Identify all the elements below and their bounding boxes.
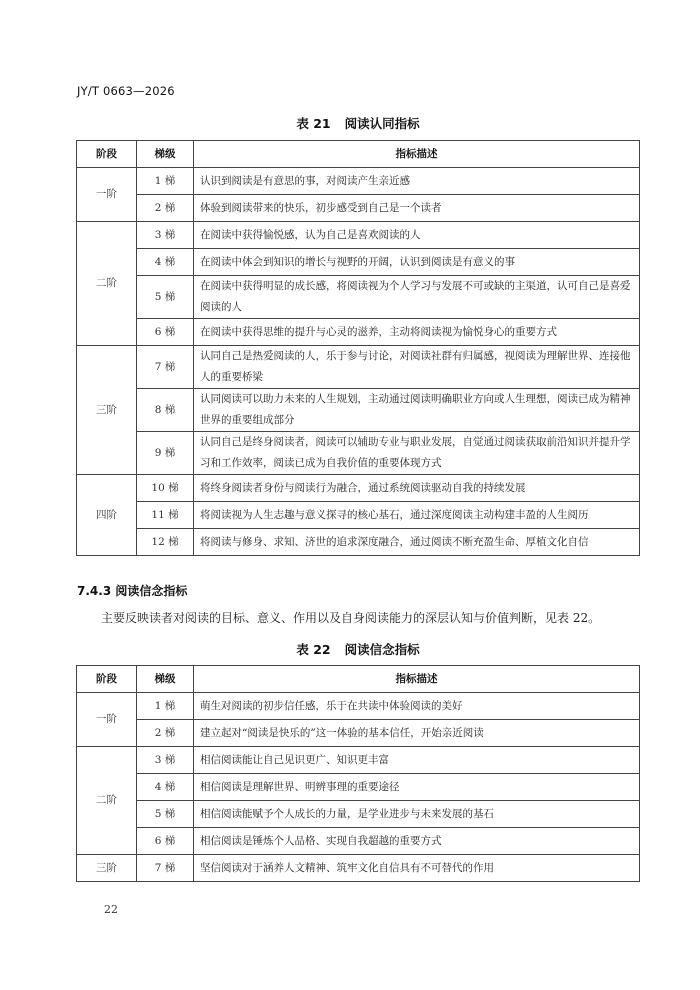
level-cell: 6 梯: [137, 828, 194, 855]
description-cell: 相信阅读能让自己见识更广、知识更丰富: [194, 747, 640, 774]
description-cell: 建立起对“阅读是快乐的”这一体验的基本信任，开始亲近阅读: [194, 720, 640, 747]
level-cell: 5 梯: [137, 276, 194, 319]
table-row: 四阶 10 梯 将终身阅读者身份与阅读行为融合，通过系统阅读驱动自我的持续发展: [77, 475, 640, 502]
description-cell: 相信阅读是理解世界、明辨事理的重要途径: [194, 774, 640, 801]
table21-header-row: 阶段 梯级 指标描述: [77, 141, 640, 168]
table22: 阶段 梯级 指标描述 一阶 1 梯 萌生对阅读的初步信任感，乐于在共读中体验阅读…: [76, 665, 640, 882]
table-row: 12 梯 将阅读与修身、求知、济世的追求深度融合，通过阅读不断充盈生命、厚植文化…: [77, 529, 640, 556]
table-row: 二阶 3 梯 在阅读中获得愉悦感，认为自己是喜欢阅读的人: [77, 222, 640, 249]
description-cell: 在阅读中获得明显的成长感，将阅读视为个人学习与发展不可或缺的主渠道，认可自己是喜…: [194, 276, 640, 319]
column-header-description: 指标描述: [194, 666, 640, 693]
stage-cell: 四阶: [77, 475, 137, 556]
stage-cell: 一阶: [77, 693, 137, 747]
table22-title: 阅读信念指标: [345, 642, 420, 657]
table-row: 4 梯 相信阅读是理解世界、明辨事理的重要途径: [77, 774, 640, 801]
description-cell: 将阅读与修身、求知、济世的追求深度融合，通过阅读不断充盈生命、厚植文化自信: [194, 529, 640, 556]
description-cell: 将终身阅读者身份与阅读行为融合，通过系统阅读驱动自我的持续发展: [194, 475, 640, 502]
description-cell: 认同自己是热爱阅读的人，乐于参与讨论，对阅读社群有归属感，视阅读为理解世界、连接…: [194, 346, 640, 389]
stage-cell: 一阶: [77, 168, 137, 222]
column-header-stage: 阶段: [77, 141, 137, 168]
description-cell: 相信阅读是锤炼个人品格、实现自我超越的重要方式: [194, 828, 640, 855]
level-cell: 10 梯: [137, 475, 194, 502]
level-cell: 2 梯: [137, 720, 194, 747]
table22-number: 表 22: [296, 642, 330, 657]
level-cell: 3 梯: [137, 747, 194, 774]
description-cell: 体验到阅读带来的快乐，初步感受到自己是一个读者: [194, 195, 640, 222]
level-cell: 5 梯: [137, 801, 194, 828]
stage-cell: 三阶: [77, 346, 137, 475]
description-cell: 认同阅读可以助力未来的人生规划，主动通过阅读明确职业方向或人生理想，阅读已成为精…: [194, 389, 640, 432]
description-cell: 坚信阅读对于涵养人文精神、筑牢文化自信具有不可替代的作用: [194, 855, 640, 882]
table-row: 6 梯 相信阅读是锤炼个人品格、实现自我超越的重要方式: [77, 828, 640, 855]
table22-header-row: 阶段 梯级 指标描述: [77, 666, 640, 693]
stage-cell: 三阶: [77, 855, 137, 882]
table-row: 4 梯 在阅读中体会到知识的增长与视野的开阔，认识到阅读是有意义的事: [77, 249, 640, 276]
level-cell: 6 梯: [137, 319, 194, 346]
level-cell: 7 梯: [137, 855, 194, 882]
level-cell: 8 梯: [137, 389, 194, 432]
table-row: 三阶 7 梯 认同自己是热爱阅读的人，乐于参与讨论，对阅读社群有归属感，视阅读为…: [77, 346, 640, 389]
table-row: 5 梯 在阅读中获得明显的成长感，将阅读视为个人学习与发展不可或缺的主渠道，认可…: [77, 276, 640, 319]
column-header-description: 指标描述: [194, 141, 640, 168]
description-cell: 相信阅读能赋予个人成长的力量，是学业进步与未来发展的基石: [194, 801, 640, 828]
level-cell: 3 梯: [137, 222, 194, 249]
description-cell: 萌生对阅读的初步信任感，乐于在共读中体验阅读的美好: [194, 693, 640, 720]
level-cell: 1 梯: [137, 693, 194, 720]
table-row: 三阶 7 梯 坚信阅读对于涵养人文精神、筑牢文化自信具有不可替代的作用: [77, 855, 640, 882]
table22-caption: 表 22阅读信念指标: [76, 640, 640, 658]
level-cell: 9 梯: [137, 432, 194, 475]
description-cell: 将阅读视为人生志趣与意义探寻的核心基石，通过深度阅读主动构建丰盈的人生阅历: [194, 502, 640, 529]
table-row: 一阶 1 梯 认识到阅读是有意思的事，对阅读产生亲近感: [77, 168, 640, 195]
level-cell: 1 梯: [137, 168, 194, 195]
level-cell: 2 梯: [137, 195, 194, 222]
table21: 阶段 梯级 指标描述 一阶 1 梯 认识到阅读是有意思的事，对阅读产生亲近感 2…: [76, 140, 640, 556]
table-row: 8 梯 认同阅读可以助力未来的人生规划，主动通过阅读明确职业方向或人生理想，阅读…: [77, 389, 640, 432]
level-cell: 4 梯: [137, 249, 194, 276]
table-row: 一阶 1 梯 萌生对阅读的初步信任感，乐于在共读中体验阅读的美好: [77, 693, 640, 720]
section-paragraph: 主要反映读者对阅读的目标、意义、作用以及自身阅读能力的深层认知与价值判断，见表 …: [77, 609, 640, 626]
table-row: 6 梯 在阅读中获得思维的提升与心灵的滋养，主动将阅读视为愉悦身心的重要方式: [77, 319, 640, 346]
description-cell: 在阅读中体会到知识的增长与视野的开阔，认识到阅读是有意义的事: [194, 249, 640, 276]
level-cell: 12 梯: [137, 529, 194, 556]
section-heading: 7.4.3 阅读信念指标: [77, 582, 187, 599]
level-cell: 4 梯: [137, 774, 194, 801]
table21-number: 表 21: [296, 116, 330, 131]
table-row: 2 梯 建立起对“阅读是快乐的”这一体验的基本信任，开始亲近阅读: [77, 720, 640, 747]
page-number: 22: [104, 903, 118, 916]
table-row: 5 梯 相信阅读能赋予个人成长的力量，是学业进步与未来发展的基石: [77, 801, 640, 828]
table-row: 11 梯 将阅读视为人生志趣与意义探寻的核心基石，通过深度阅读主动构建丰盈的人生…: [77, 502, 640, 529]
table-row: 9 梯 认同自己是终身阅读者，阅读可以辅助专业与职业发展，自觉通过阅读获取前沿知…: [77, 432, 640, 475]
table21-title: 阅读认同指标: [345, 116, 420, 131]
description-cell: 认识到阅读是有意思的事，对阅读产生亲近感: [194, 168, 640, 195]
table-row: 二阶 3 梯 相信阅读能让自己见识更广、知识更丰富: [77, 747, 640, 774]
stage-cell: 二阶: [77, 747, 137, 855]
level-cell: 7 梯: [137, 346, 194, 389]
table21-caption: 表 21阅读认同指标: [76, 114, 640, 132]
level-cell: 11 梯: [137, 502, 194, 529]
column-header-stage: 阶段: [77, 666, 137, 693]
column-header-level: 梯级: [137, 141, 194, 168]
description-cell: 认同自己是终身阅读者，阅读可以辅助专业与职业发展，自觉通过阅读获取前沿知识并提升…: [194, 432, 640, 475]
description-cell: 在阅读中获得愉悦感，认为自己是喜欢阅读的人: [194, 222, 640, 249]
document-id: JY/T 0663—2026: [77, 84, 175, 98]
stage-cell: 二阶: [77, 222, 137, 346]
table-row: 2 梯 体验到阅读带来的快乐，初步感受到自己是一个读者: [77, 195, 640, 222]
column-header-level: 梯级: [137, 666, 194, 693]
description-cell: 在阅读中获得思维的提升与心灵的滋养，主动将阅读视为愉悦身心的重要方式: [194, 319, 640, 346]
